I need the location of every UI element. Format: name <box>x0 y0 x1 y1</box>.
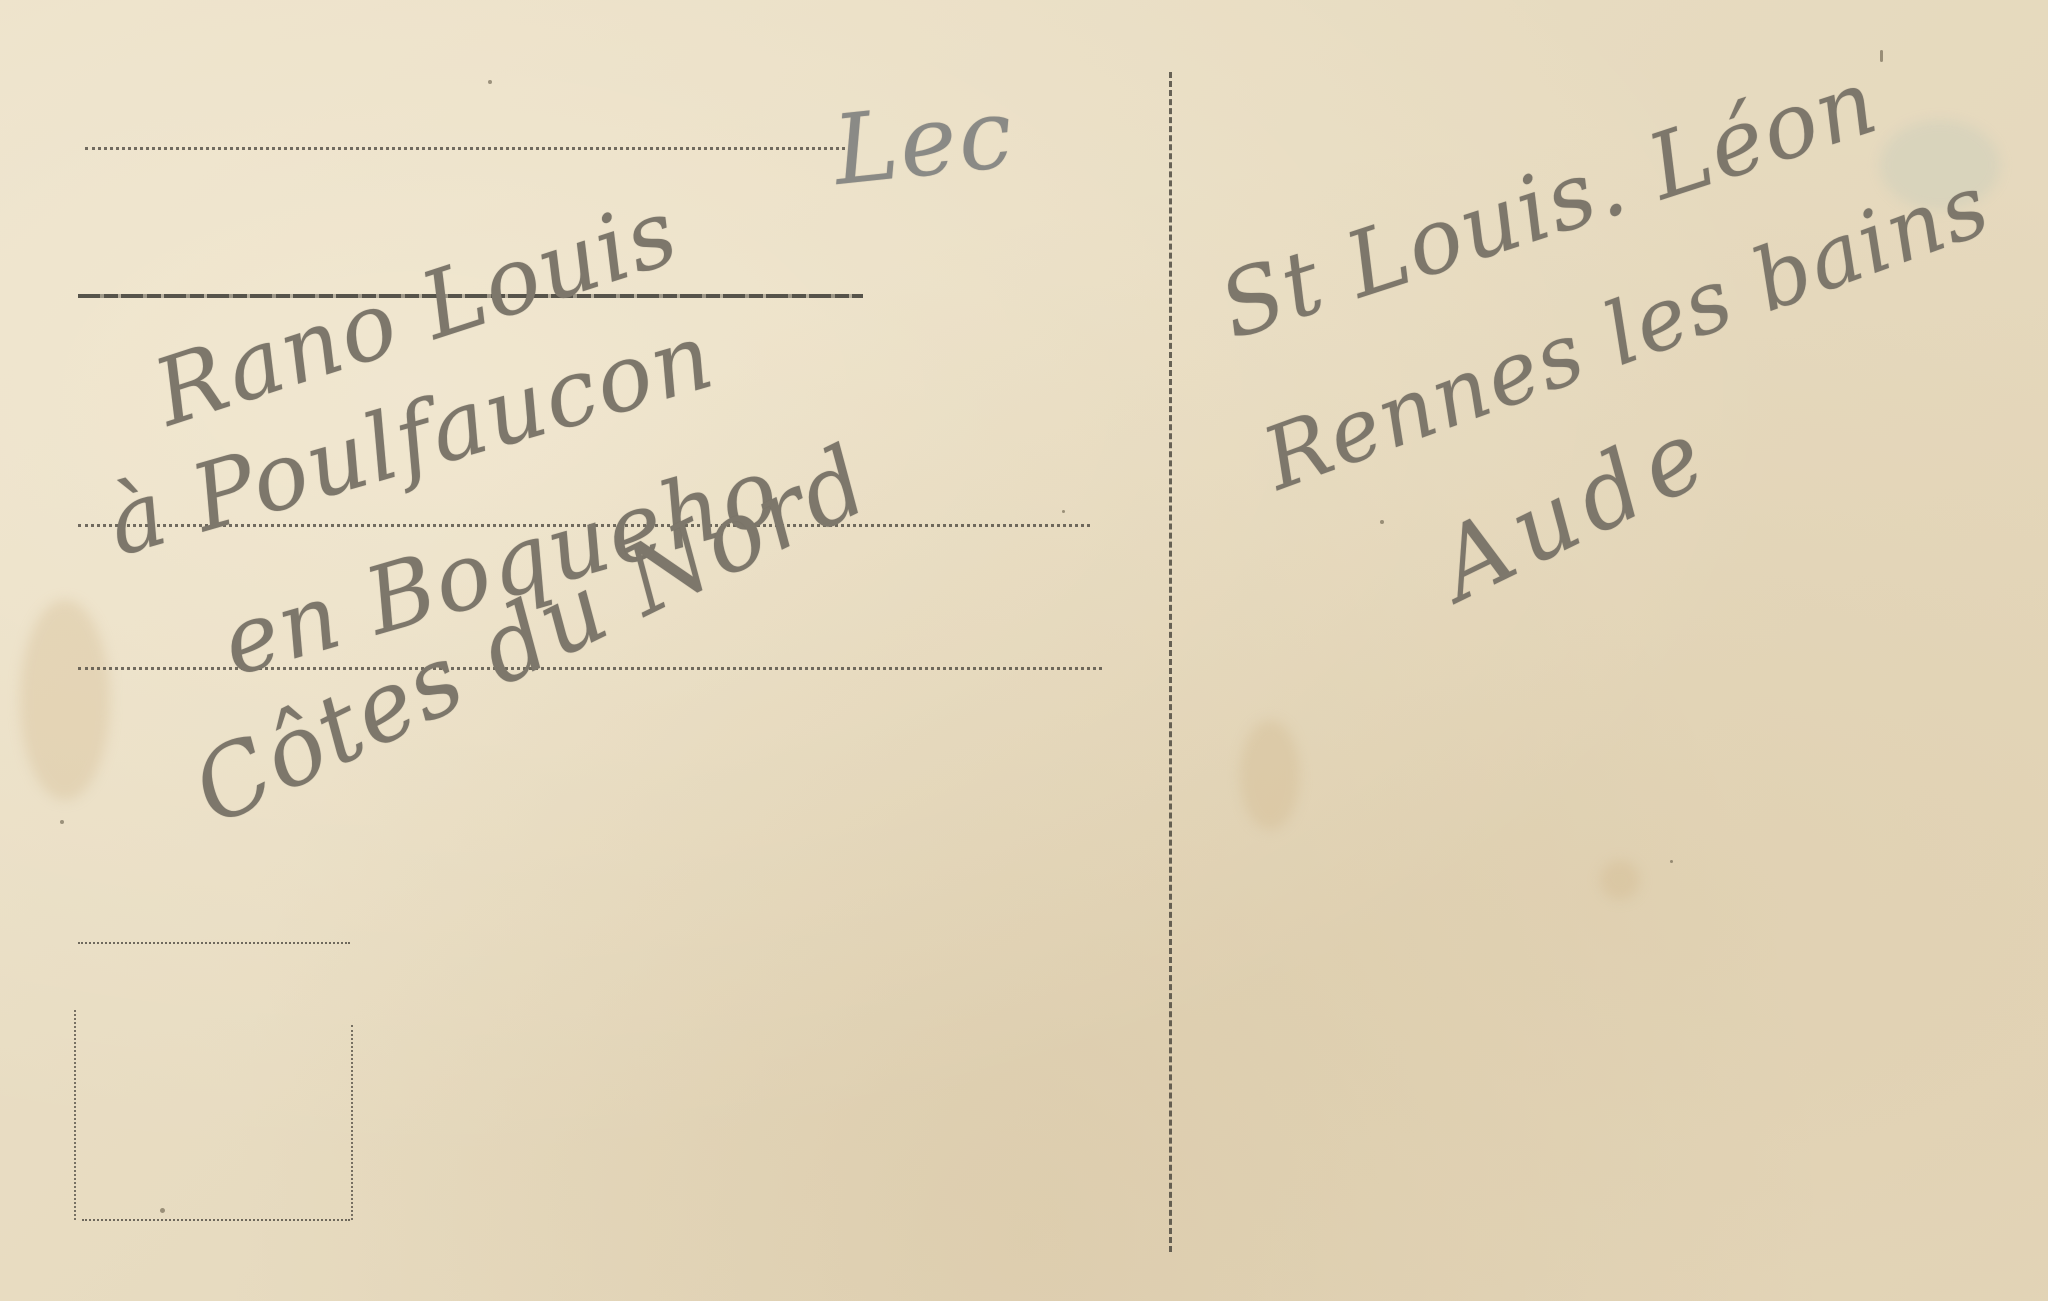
pencil-note: Lec <box>828 77 1019 207</box>
postcard-back: Lec Rano Louis à Poulfaucon en Boqueho C… <box>0 0 2048 1301</box>
paper-speck <box>1380 520 1384 524</box>
stamp-box-top <box>78 942 350 944</box>
stamp-box-left <box>74 1010 76 1220</box>
stamp-box-bottom <box>82 1219 350 1221</box>
paper-speck <box>60 820 64 824</box>
paper-speck <box>488 80 492 84</box>
paper-speck <box>1670 860 1673 863</box>
address-line-dotted <box>85 147 845 150</box>
paper-speck <box>1062 510 1065 513</box>
paper-stain <box>20 600 110 800</box>
stamp-box-right <box>351 1025 353 1220</box>
paper-stain <box>1600 860 1640 900</box>
paper-speck <box>160 1208 165 1213</box>
paper-stain <box>1240 720 1300 830</box>
center-divider <box>1169 72 1172 1252</box>
paper-speck <box>1880 50 1883 62</box>
